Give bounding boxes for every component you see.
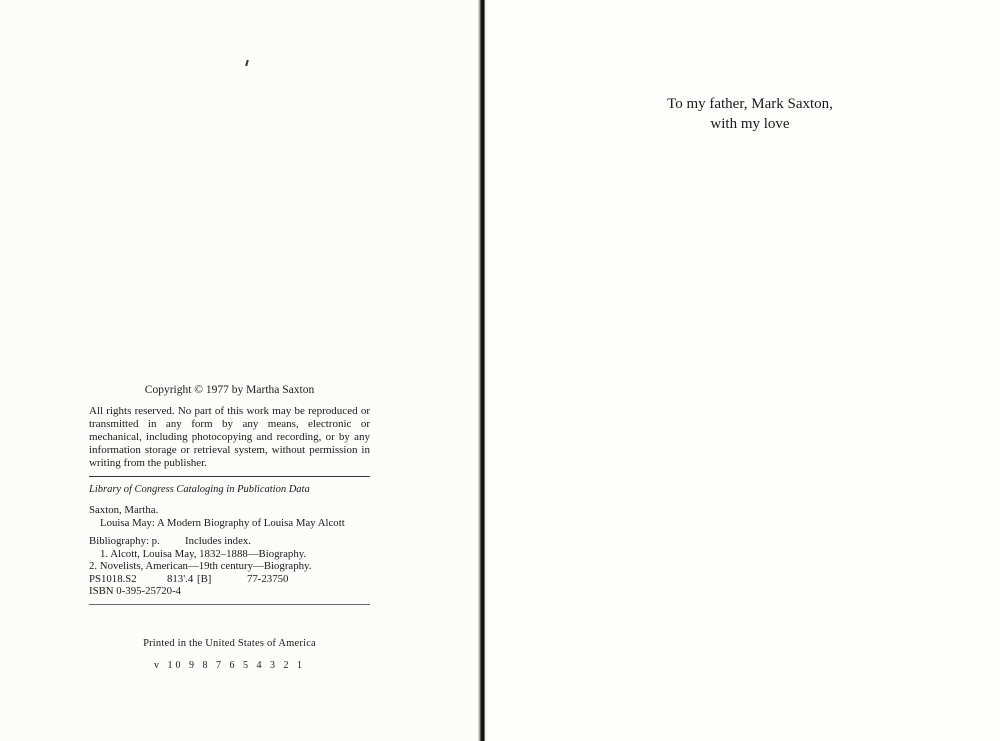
cip-subject-2: 2. Novelists, American—19th century—Biog… (89, 560, 370, 573)
cip-bibliography: Bibliography: p. (89, 535, 185, 548)
dedication-line-2: with my love (600, 114, 900, 134)
cip-subject-1: 1. Alcott, Louisa May, 1832–1888—Biograp… (89, 548, 370, 561)
cip-lccn: 77-23750 (247, 573, 288, 586)
cip-classification-line: PS1018.S2813'.4[B]77-23750 (89, 573, 370, 586)
printed-in: Printed in the United States of America (89, 638, 370, 649)
book-gutter (478, 0, 486, 741)
cip-bracket: [B] (197, 573, 247, 586)
ink-speck (245, 60, 249, 66)
cip-author: Saxton, Martha. (89, 504, 370, 517)
dedication: To my father, Mark Saxton, with my love (600, 94, 900, 134)
cip-isbn: ISBN 0-395-25720-4 (89, 585, 370, 598)
copyright-block: Copyright © 1977 by Martha Saxton All ri… (89, 384, 370, 611)
left-page: Copyright © 1977 by Martha Saxton All ri… (0, 0, 478, 741)
divider (89, 476, 370, 477)
cip-title: Louisa May: A Modern Biography of Louisa… (89, 517, 370, 530)
cip-includes: Includes index. (185, 535, 251, 548)
cip-heading: Library of Congress Cataloging in Public… (89, 483, 370, 496)
copyright-notice: Copyright © 1977 by Martha Saxton (89, 384, 370, 397)
divider (89, 604, 370, 605)
cip-dewey: 813'.4 (167, 573, 197, 586)
dedication-line-1: To my father, Mark Saxton, (600, 94, 900, 114)
rights-statement: All rights reserved. No part of this wor… (89, 405, 370, 470)
printer-key: v 10 9 8 7 6 5 4 3 2 1 (89, 660, 370, 671)
cip-bibliography-line: Bibliography: p.Includes index. (89, 535, 370, 548)
cip-lc-number: PS1018.S2 (89, 573, 167, 586)
